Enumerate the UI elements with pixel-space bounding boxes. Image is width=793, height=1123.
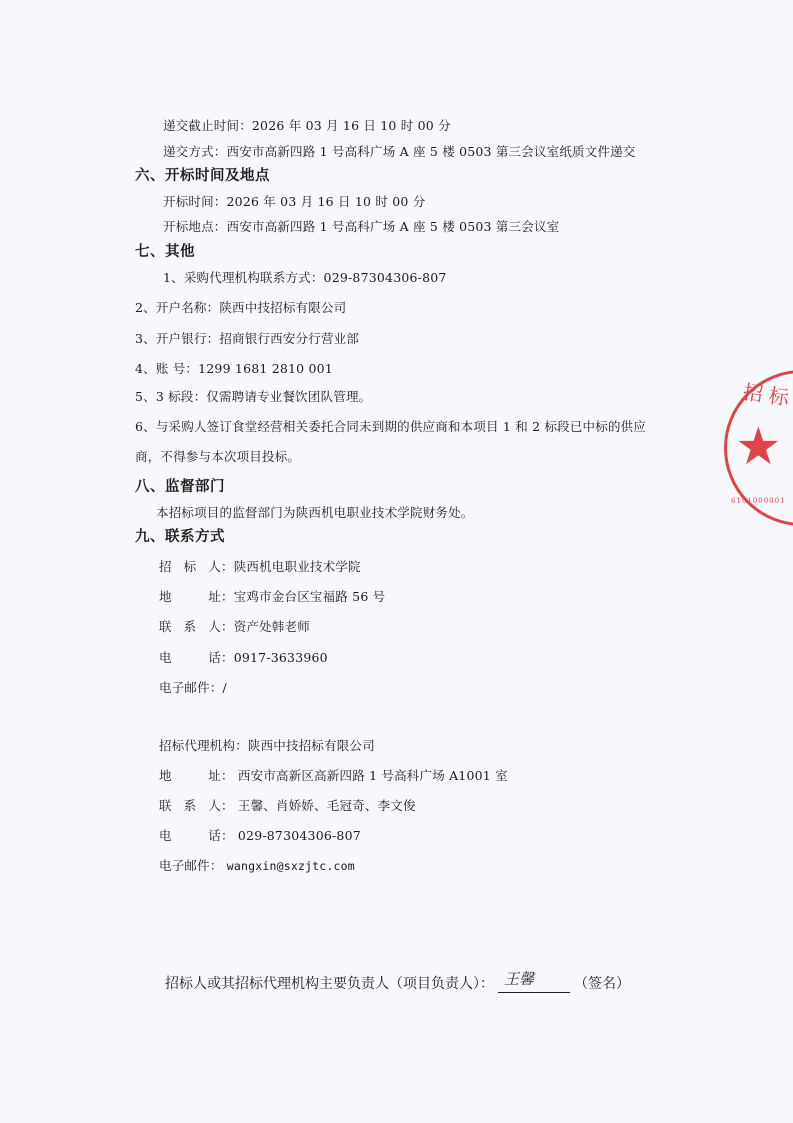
tenderer-email-label: 电子邮件 (159, 680, 210, 695)
colon: ： (221, 768, 234, 783)
tenderer-contact-label: 联 系 人 (159, 619, 221, 635)
deadline-label: 递交截止时间： (163, 118, 252, 133)
other-item-3: 3、开户银行：招商银行西安分行营业部 (135, 331, 359, 347)
agency-address-label: 地 址 (159, 768, 221, 784)
other-item-2: 2、开户名称：陕西中技招标有限公司 (135, 300, 346, 316)
other-item-6-cont: 商，不得参与本次项目投标。 (135, 449, 300, 465)
agency-contact: 联 系 人： 王馨、肖娇娇、毛冠奇、李文俊 (159, 798, 416, 814)
seal-text: 招标有 (741, 376, 793, 416)
tenderer-address-label: 地 址 (159, 589, 221, 605)
tenderer-phone-label: 电 话 (159, 650, 221, 666)
colon: ： (221, 589, 234, 604)
tenderer-address: 地 址：宝鸡市金台区宝福路 56 号 (159, 589, 385, 605)
agency-address: 地 址： 西安市高新区高新四路 1 号高科广场 A1001 室 (159, 768, 508, 784)
tenderer-phone-value: 0917-3633960 (234, 650, 328, 665)
document-page: 递交截止时间：2026 年 03 月 16 日 10 时 00 分 递交方式：西… (0, 0, 793, 1123)
agency-email: 电子邮件： wangxin@sxzjtc.com (159, 858, 355, 874)
deadline-value: 2026 年 03 月 16 日 10 时 00 分 (252, 118, 451, 133)
other-item-1: 1、采购代理机构联系方式：029-87304306-807 (163, 270, 447, 286)
submission-deadline: 递交截止时间：2026 年 03 月 16 日 10 时 00 分 (163, 118, 451, 134)
tenderer-name-value: 陕西机电职业技术学院 (234, 559, 361, 574)
tenderer-address-value: 宝鸡市金台区宝福路 56 号 (234, 589, 386, 604)
tenderer-contact-value: 资产处韩老师 (234, 619, 310, 634)
agency-phone: 电 话： 029-87304306-807 (159, 828, 361, 844)
agency-name-label: 招标代理机构： (159, 738, 248, 753)
tenderer-contact: 联 系 人：资产处韩老师 (159, 619, 310, 635)
star-icon: ★ (735, 421, 782, 473)
tenderer-name-label: 招 标 人 (159, 559, 221, 575)
colon: ： (210, 858, 223, 873)
agency-phone-value: 029-87304306-807 (238, 828, 361, 843)
colon: ： (221, 798, 234, 813)
signature-field: 王馨 (498, 976, 570, 993)
opening-place-label: 开标地点： (163, 219, 227, 234)
agency-address-value: 西安市高新区高新四路 1 号高科广场 A1001 室 (238, 768, 508, 783)
handwritten-signature: 王馨 (504, 970, 534, 988)
section-7-heading: 七、其他 (135, 243, 195, 261)
tenderer-name: 招 标 人：陕西机电职业技术学院 (159, 559, 361, 575)
section-6-heading: 六、开标时间及地点 (135, 167, 270, 185)
signature-suffix: （签名） (574, 976, 630, 992)
opening-time-label: 开标时间： (163, 194, 227, 209)
company-seal: 招标有 ★ 6101000001 (724, 370, 793, 526)
other-item-4: 4、账 号：1299 1681 2810 001 (135, 361, 333, 377)
submission-method: 递交方式：西安市高新四路 1 号高科广场 A 座 5 楼 0503 第三会议室纸… (163, 144, 636, 160)
colon: ： (221, 828, 234, 843)
section-9-heading: 九、联系方式 (135, 528, 225, 546)
opening-place-value: 西安市高新四路 1 号高科广场 A 座 5 楼 0503 第三会议室 (227, 219, 560, 234)
colon: ： (210, 680, 223, 695)
method-value: 西安市高新四路 1 号高科广场 A 座 5 楼 0503 第三会议室纸质文件递交 (227, 144, 636, 159)
section-8-heading: 八、监督部门 (135, 478, 225, 496)
signature-prefix: 招标人或其招标代理机构主要负责人（项目负责人）： (165, 976, 494, 992)
agency-name-value: 陕西中技招标有限公司 (248, 738, 375, 753)
agency-contact-value: 王馨、肖娇娇、毛冠奇、李文俊 (238, 798, 416, 813)
tenderer-email: 电子邮件：/ (159, 680, 227, 696)
tenderer-phone: 电 话：0917-3633960 (159, 650, 328, 666)
method-label: 递交方式： (163, 144, 227, 159)
agency-contact-label: 联 系 人 (159, 798, 221, 814)
agency-phone-label: 电 话 (159, 828, 221, 844)
agency-email-value: wangxin@sxzjtc.com (227, 859, 355, 873)
tenderer-email-value: / (223, 680, 227, 695)
colon: ： (221, 559, 234, 574)
seal-code: 6101000001 (731, 497, 786, 505)
opening-time: 开标时间：2026 年 03 月 16 日 10 时 00 分 (163, 194, 425, 210)
agency-email-label: 电子邮件 (159, 858, 210, 873)
opening-time-value: 2026 年 03 月 16 日 10 时 00 分 (227, 194, 426, 209)
colon: ： (221, 650, 234, 665)
supervision-text: 本招标项目的监督部门为陕西机电职业技术学院财务处。 (156, 505, 474, 521)
agency-name: 招标代理机构：陕西中技招标有限公司 (159, 738, 375, 754)
signature-line: 招标人或其招标代理机构主要负责人（项目负责人）：王馨（签名） (165, 975, 630, 993)
other-item-5: 5、3 标段：仅需聘请专业餐饮团队管理。 (135, 389, 371, 405)
other-item-6: 6、与采购人签订食堂经营相关委托合同未到期的供应商和本项目 1 和 2 标段已中… (135, 419, 646, 435)
opening-place: 开标地点：西安市高新四路 1 号高科广场 A 座 5 楼 0503 第三会议室 (163, 219, 559, 235)
colon: ： (221, 619, 234, 634)
